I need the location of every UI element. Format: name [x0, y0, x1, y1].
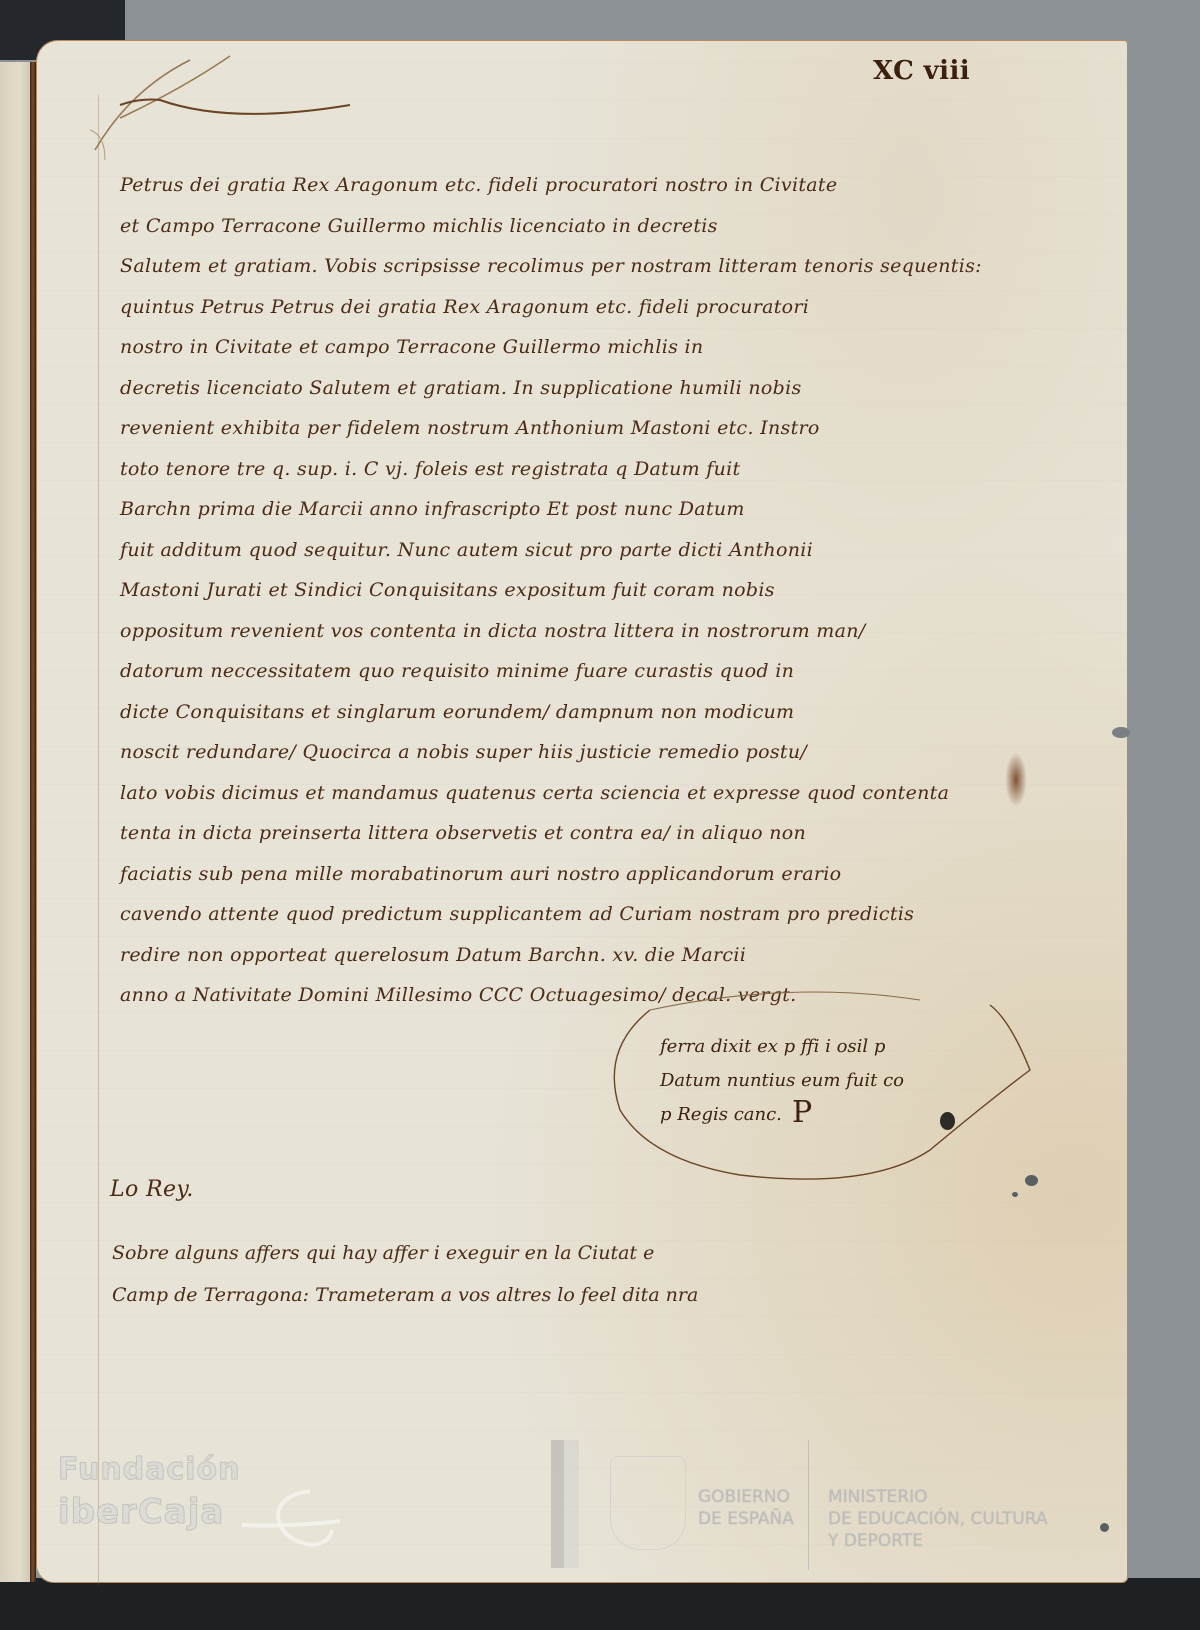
- body-line: cavendo attente quod predictum supplican…: [120, 894, 1020, 935]
- government-flag-icon: [551, 1440, 579, 1568]
- watermark-divider: [808, 1440, 809, 1570]
- body-line: oppositum revenient vos contenta in dict…: [120, 611, 1020, 652]
- government-line2: DE ESPAÑA: [698, 1508, 794, 1530]
- registration-line: ferra dixit ex p ffi i osil p: [660, 1030, 1000, 1064]
- ink-stain: [1005, 752, 1027, 807]
- body-line: et Campo Terracone Guillermo michlis lic…: [120, 206, 1020, 247]
- body-line: faciatis sub pena mille morabatinorum au…: [120, 854, 1020, 895]
- scan-bottom-band: [0, 1578, 1200, 1630]
- ibercaja-logo-icon: [240, 1485, 350, 1565]
- note-body: Sobre alguns affers qui hay affer i exeg…: [112, 1232, 698, 1316]
- body-line: Salutem et gratiam. Vobis scripsisse rec…: [120, 246, 1020, 287]
- margin-rule: [98, 95, 99, 1585]
- paper-hole: [1100, 1523, 1109, 1532]
- body-line: dicte Conquisitans et singlarum eorundem…: [120, 692, 1020, 733]
- body-line: Barchn prima die Marcii anno infrascript…: [120, 489, 1020, 530]
- government-watermark: GOBIERNO DE ESPAÑA: [698, 1486, 794, 1530]
- note-heading: Lo Rey.: [110, 1177, 194, 1202]
- body-line: toto tenore tre q. sup. i. C vj. foleis …: [120, 449, 1020, 490]
- body-line: quintus Petrus Petrus dei gratia Rex Ara…: [120, 287, 1020, 328]
- paper-hole: [1025, 1175, 1038, 1186]
- note-line: Sobre alguns affers qui hay affer i exeg…: [112, 1232, 698, 1274]
- coat-of-arms-icon: [610, 1456, 686, 1550]
- letter-body: Petrus dei gratia Rex Aragonum etc. fide…: [120, 165, 1020, 1016]
- registration-line: Datum nuntius eum fuit co: [660, 1064, 1000, 1098]
- note-line: Camp de Terragona: Trameteram a vos altr…: [112, 1274, 698, 1316]
- body-line: decretis licenciato Salutem et gratiam. …: [120, 368, 1020, 409]
- body-line: lato vobis dicimus et mandamus quatenus …: [120, 773, 1020, 814]
- body-line: nostro in Civitate et campo Terracone Gu…: [120, 327, 1020, 368]
- paper-hole: [1112, 727, 1130, 738]
- facing-page-edge: [0, 62, 32, 1582]
- folio-number: XC viii: [873, 56, 970, 86]
- ibercaja-watermark-line2: iberCaja: [58, 1492, 224, 1532]
- paper-hole: [1012, 1192, 1018, 1197]
- ministry-watermark: MINISTERIO DE EDUCACIÓN, CULTURA Y DEPOR…: [828, 1486, 1048, 1552]
- body-line: fuit additum quod sequitur. Nunc autem s…: [120, 530, 1020, 571]
- body-line: Petrus dei gratia Rex Aragonum etc. fide…: [120, 165, 1020, 206]
- body-line: datorum neccessitatem quo requisito mini…: [120, 651, 1020, 692]
- government-line1: GOBIERNO: [698, 1486, 794, 1508]
- paper-hole: [940, 1112, 955, 1130]
- body-line: noscit redundare/ Quocirca a nobis super…: [120, 732, 1020, 773]
- body-line: Mastoni Jurati et Sindici Conquisitans e…: [120, 570, 1020, 611]
- ministry-line1: MINISTERIO: [828, 1486, 1048, 1508]
- body-line: revenient exhibita per fidelem nostrum A…: [120, 408, 1020, 449]
- ministry-line2: DE EDUCACIÓN, CULTURA: [828, 1508, 1048, 1530]
- body-line: tenta in dicta preinserta littera observ…: [120, 813, 1020, 854]
- pen-flourish-icon: [90, 50, 370, 170]
- ibercaja-watermark-line1: Fundación: [58, 1452, 240, 1487]
- ministry-line3: Y DEPORTE: [828, 1530, 1048, 1552]
- signature-mark: P: [792, 1095, 812, 1130]
